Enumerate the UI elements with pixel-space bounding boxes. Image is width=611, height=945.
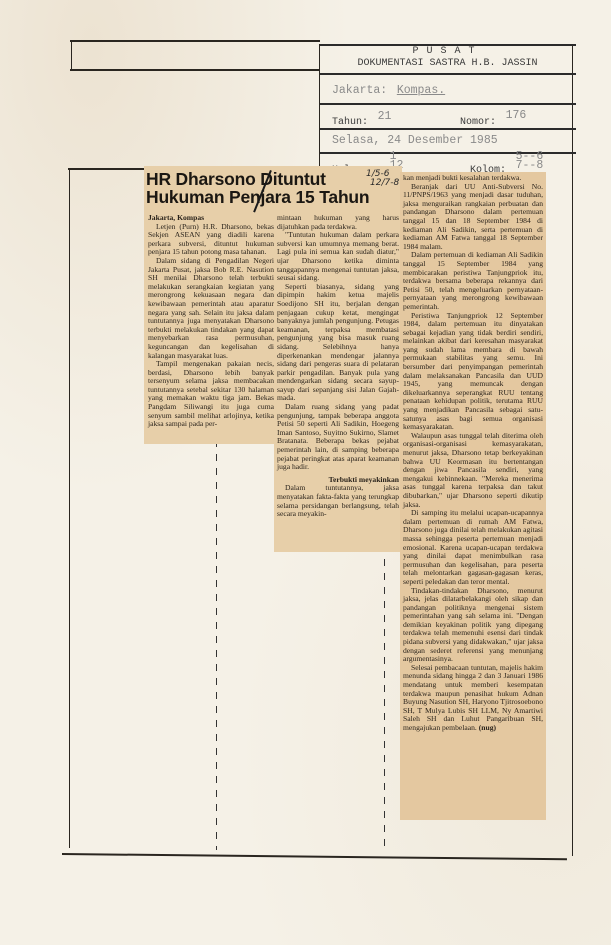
publication-date: Selasa, 24 Desember 1985 [332,134,587,147]
column-separator-2 [384,545,385,850]
article-column-2: mintaan hukuman yang harus dijatuhkan pa… [277,214,399,519]
paragraph: Tampil mengenakan pakaian necis, berdasi… [148,360,274,429]
article-column-1: Jakarta, Kompas Letjen (Purn) H.R. Dhars… [148,214,274,429]
headline-line-2: Hukuman Penjara 15 Tahun [146,188,386,206]
column-separator-1 [216,440,217,850]
frame-top-left-box-bottom [70,69,320,71]
number-value: 176 [506,109,527,122]
paragraph: Selesai pembacaan tuntutan, majelis haki… [403,664,543,733]
source-row: Jakarta: Kompas. [332,80,587,98]
frame-top-left-box-top [70,40,320,42]
column-value-2: 7--8 [516,161,544,170]
paragraph: Dalam tuntutannya, jaksa menyatakan fakt… [277,484,399,518]
frame-body-left [69,168,70,848]
paragraph: Dalam ruang sidang yang padat pengunjung… [277,403,399,472]
article-headline: HR Dharsono Dituntut Hukuman Penjara 15 … [146,170,386,206]
frame-body-top [68,168,148,170]
paragraph: Peristiwa Tanjungpriok 12 September 1984… [403,312,543,432]
paragraph: Letjen (Purn) H.R. Dharsono, bekas Sekje… [148,223,274,257]
paragraph: Beranjak dari UU Anti-Subversi No. 11/PN… [403,183,543,252]
paragraph: Dalam sidang di Pengadilan Negeri Jakart… [148,257,274,360]
paragraph: Tindakan-tindakan Dharsono, menurut jaks… [403,587,543,664]
paragraph: Dalam pertemuan di kediaman Ali Sadikin … [403,251,543,311]
handwritten-note-line-2: 12/7-8 [370,179,399,188]
handwritten-note: 1/5-6 12/7-8 [366,170,399,188]
paragraph: Di samping itu melalui ucapan-ucapannya … [403,509,543,586]
institution-line-1: PUSAT [320,46,575,57]
paragraph: Walaupun asas tunggal telah diterima ole… [403,432,543,509]
city-label: Jakarta: [332,84,387,97]
number-row: Nomor: 176 [460,111,580,129]
article-column-3: kan menjadi bukti kesalahan terdakwa. Be… [403,174,543,733]
frame-top-left-box-left [71,40,72,70]
year-label: Tahun: [332,117,368,128]
paragraph: Seperti biasanya, sidang yang dipimpin h… [277,283,399,403]
paragraph: mintaan hukuman yang harus dijatuhkan pa… [277,214,399,231]
paragraph-text: Selesai pembacaan tuntutan, majelis haki… [403,663,543,732]
number-label: Nomor: [460,117,496,128]
institution-line-2: DOKUMENTASI SASTRA H.B. JASSIN [320,58,575,69]
year-value: 21 [378,110,392,123]
source-name: Kompas. [397,84,445,97]
author-credit: (nug) [479,723,496,732]
paragraph: "Tuntutan hukuman dalam perkara subversi… [277,231,399,283]
